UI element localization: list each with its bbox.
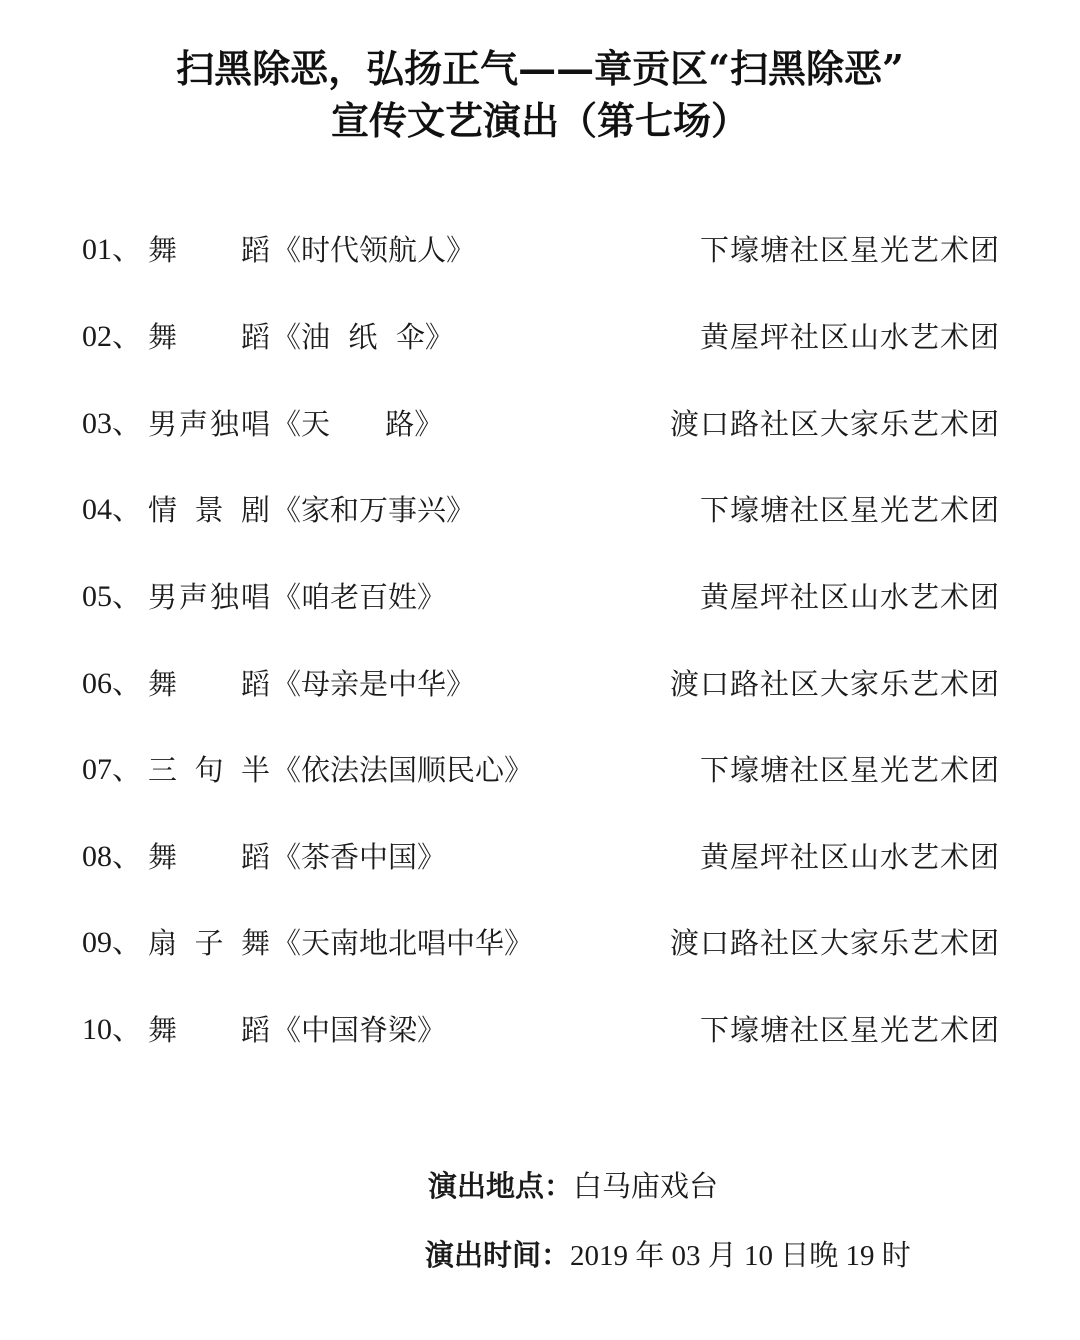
program-item: 10、 舞 蹈 《中国脊梁》 下壕塘社区星光艺术团 xyxy=(82,1010,1000,1050)
program-item: 05、 男 声 独 唱 《咱老百姓》 黄屋坪社区山水艺术团 xyxy=(82,577,1000,617)
item-work-title: 《天 路》 xyxy=(272,404,443,444)
item-troupe: 下壕塘社区星光艺术团 xyxy=(700,230,1000,270)
item-genre: 男 声 独 唱 xyxy=(148,577,270,617)
item-number: 07、 xyxy=(82,750,142,790)
program-item: 08、 舞 蹈 《茶香中国》 黄屋坪社区山水艺术团 xyxy=(82,837,1000,877)
program-item: 04、 情 景 剧 《家和万事兴》 下壕塘社区星光艺术团 xyxy=(82,490,1000,530)
item-troupe: 渡口路社区大家乐艺术团 xyxy=(670,923,1000,963)
performance-venue: 演出地点：白马庙戏台 xyxy=(428,1166,718,1206)
item-troupe: 黄屋坪社区山水艺术团 xyxy=(700,577,1000,617)
item-number: 01、 xyxy=(82,230,142,270)
program-item: 09、 扇 子 舞 《天南地北唱中华》 渡口路社区大家乐艺术团 xyxy=(82,923,1000,963)
venue-label: 演出地点： xyxy=(428,1169,573,1203)
item-number: 02、 xyxy=(82,317,142,357)
program-item: 01、 舞 蹈 《时代领航人》 下壕塘社区星光艺术团 xyxy=(82,230,1000,270)
item-genre: 舞 蹈 xyxy=(148,230,270,270)
item-genre: 情 景 剧 xyxy=(148,490,270,530)
item-number: 03、 xyxy=(82,404,142,444)
item-number: 10、 xyxy=(82,1010,142,1050)
item-genre: 扇 子 舞 xyxy=(148,923,270,963)
item-work-title: 《油 纸 伞》 xyxy=(272,317,454,357)
item-number: 05、 xyxy=(82,577,142,617)
item-number: 09、 xyxy=(82,923,142,963)
item-number: 06、 xyxy=(82,664,142,704)
item-troupe: 渡口路社区大家乐艺术团 xyxy=(670,664,1000,704)
document-title-line-2: 宣传文艺演出（第七场） xyxy=(0,96,1080,146)
item-number: 08、 xyxy=(82,837,142,877)
item-number: 04、 xyxy=(82,490,142,530)
program-item: 06、 舞 蹈 《母亲是中华》 渡口路社区大家乐艺术团 xyxy=(82,664,1000,704)
item-work-title: 《时代领航人》 xyxy=(272,230,475,270)
item-genre: 三 句 半 xyxy=(148,750,270,790)
item-troupe: 下壕塘社区星光艺术团 xyxy=(700,490,1000,530)
program-item: 02、 舞 蹈 《油 纸 伞》 黄屋坪社区山水艺术团 xyxy=(82,317,1000,357)
program-item: 07、 三 句 半 《依法法国顺民心》 下壕塘社区星光艺术团 xyxy=(82,750,1000,790)
item-work-title: 《家和万事兴》 xyxy=(272,490,475,530)
item-work-title: 《咱老百姓》 xyxy=(272,577,446,617)
time-label: 演出时间： xyxy=(425,1238,570,1272)
item-work-title: 《依法法国顺民心》 xyxy=(272,750,533,790)
item-troupe: 渡口路社区大家乐艺术团 xyxy=(670,404,1000,444)
item-troupe: 下壕塘社区星光艺术团 xyxy=(700,1010,1000,1050)
item-work-title: 《中国脊梁》 xyxy=(272,1010,446,1050)
item-work-title: 《茶香中国》 xyxy=(272,837,446,877)
item-genre: 舞 蹈 xyxy=(148,317,270,357)
item-genre: 男 声 独 唱 xyxy=(148,404,270,444)
item-genre: 舞 蹈 xyxy=(148,1010,270,1050)
item-work-title: 《天南地北唱中华》 xyxy=(272,923,533,963)
item-troupe: 黄屋坪社区山水艺术团 xyxy=(700,317,1000,357)
program-item: 03、 男 声 独 唱 《天 路》 渡口路社区大家乐艺术团 xyxy=(82,404,1000,444)
performance-time: 演出时间：2019 年 03 月 10 日晚 19 时 xyxy=(425,1235,911,1276)
item-genre: 舞 蹈 xyxy=(148,837,270,877)
item-troupe: 黄屋坪社区山水艺术团 xyxy=(700,837,1000,877)
time-value: 2019 年 03 月 10 日晚 19 时 xyxy=(570,1240,911,1272)
venue-value: 白马庙戏台 xyxy=(573,1169,718,1203)
item-troupe: 下壕塘社区星光艺术团 xyxy=(700,750,1000,790)
item-genre: 舞 蹈 xyxy=(148,664,270,704)
document-title-line-1: 扫黑除恶，弘扬正气——章贡区“扫黑除恶” xyxy=(0,44,1080,94)
item-work-title: 《母亲是中华》 xyxy=(272,664,475,704)
